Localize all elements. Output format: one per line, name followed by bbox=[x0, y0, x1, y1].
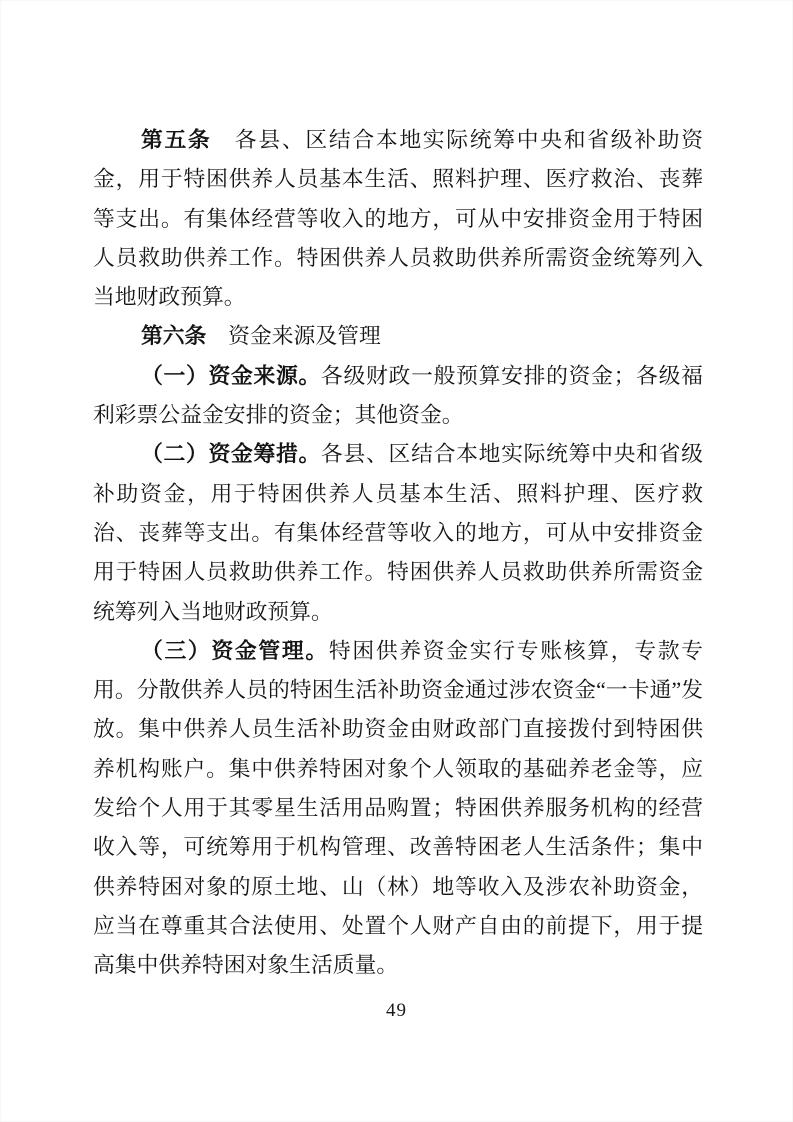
paragraph-article-5: 第五条 各县、区结合本地实际统筹中央和省级补助资金，用于特困供养人员基本生活、照… bbox=[93, 121, 703, 317]
paragraph-item-2-fund-raising: （二）资金筹措。各县、区结合本地实际统筹中央和省级补助资金，用于特困供养人员基本… bbox=[93, 435, 703, 631]
item-3-label: （三）资金管理。 bbox=[141, 639, 329, 663]
document-body: 第五条 各县、区结合本地实际统筹中央和省级补助资金，用于特困供养人员基本生活、照… bbox=[93, 121, 703, 986]
item-3-text: 特困供养资金实行专账核算，专款专用。分散供养人员的特困生活补助资金通过涉农资金“… bbox=[93, 639, 703, 977]
item-2-text: 各县、区结合本地实际统筹中央和省级补助资金，用于特困供养人员基本生活、照料护理、… bbox=[93, 442, 703, 623]
paragraph-item-3-fund-management: （三）资金管理。特困供养资金实行专账核算，专款专用。分散供养人员的特困生活补助资… bbox=[93, 632, 703, 986]
page-number: 49 bbox=[0, 1000, 793, 1022]
item-1-label: （一）资金来源。 bbox=[141, 364, 321, 388]
item-2-label: （二）资金筹措。 bbox=[141, 442, 321, 466]
document-page: 第五条 各县、区结合本地实际统筹中央和省级补助资金，用于特困供养人员基本生活、照… bbox=[0, 0, 793, 1122]
article-6-title-text: 资金来源及管理 bbox=[228, 324, 381, 348]
paragraph-article-6-heading: 第六条 资金来源及管理 bbox=[93, 317, 703, 356]
paragraph-item-1-funding-source: （一）资金来源。各级财政一般预算安排的资金；各级福利彩票公益金安排的资金；其他资… bbox=[93, 357, 703, 436]
article-6-label: 第六条 bbox=[141, 324, 228, 348]
article-5-label: 第五条 bbox=[141, 128, 235, 152]
article-5-text: 各县、区结合本地实际统筹中央和省级补助资金，用于特困供养人员基本生活、照料护理、… bbox=[93, 128, 703, 309]
